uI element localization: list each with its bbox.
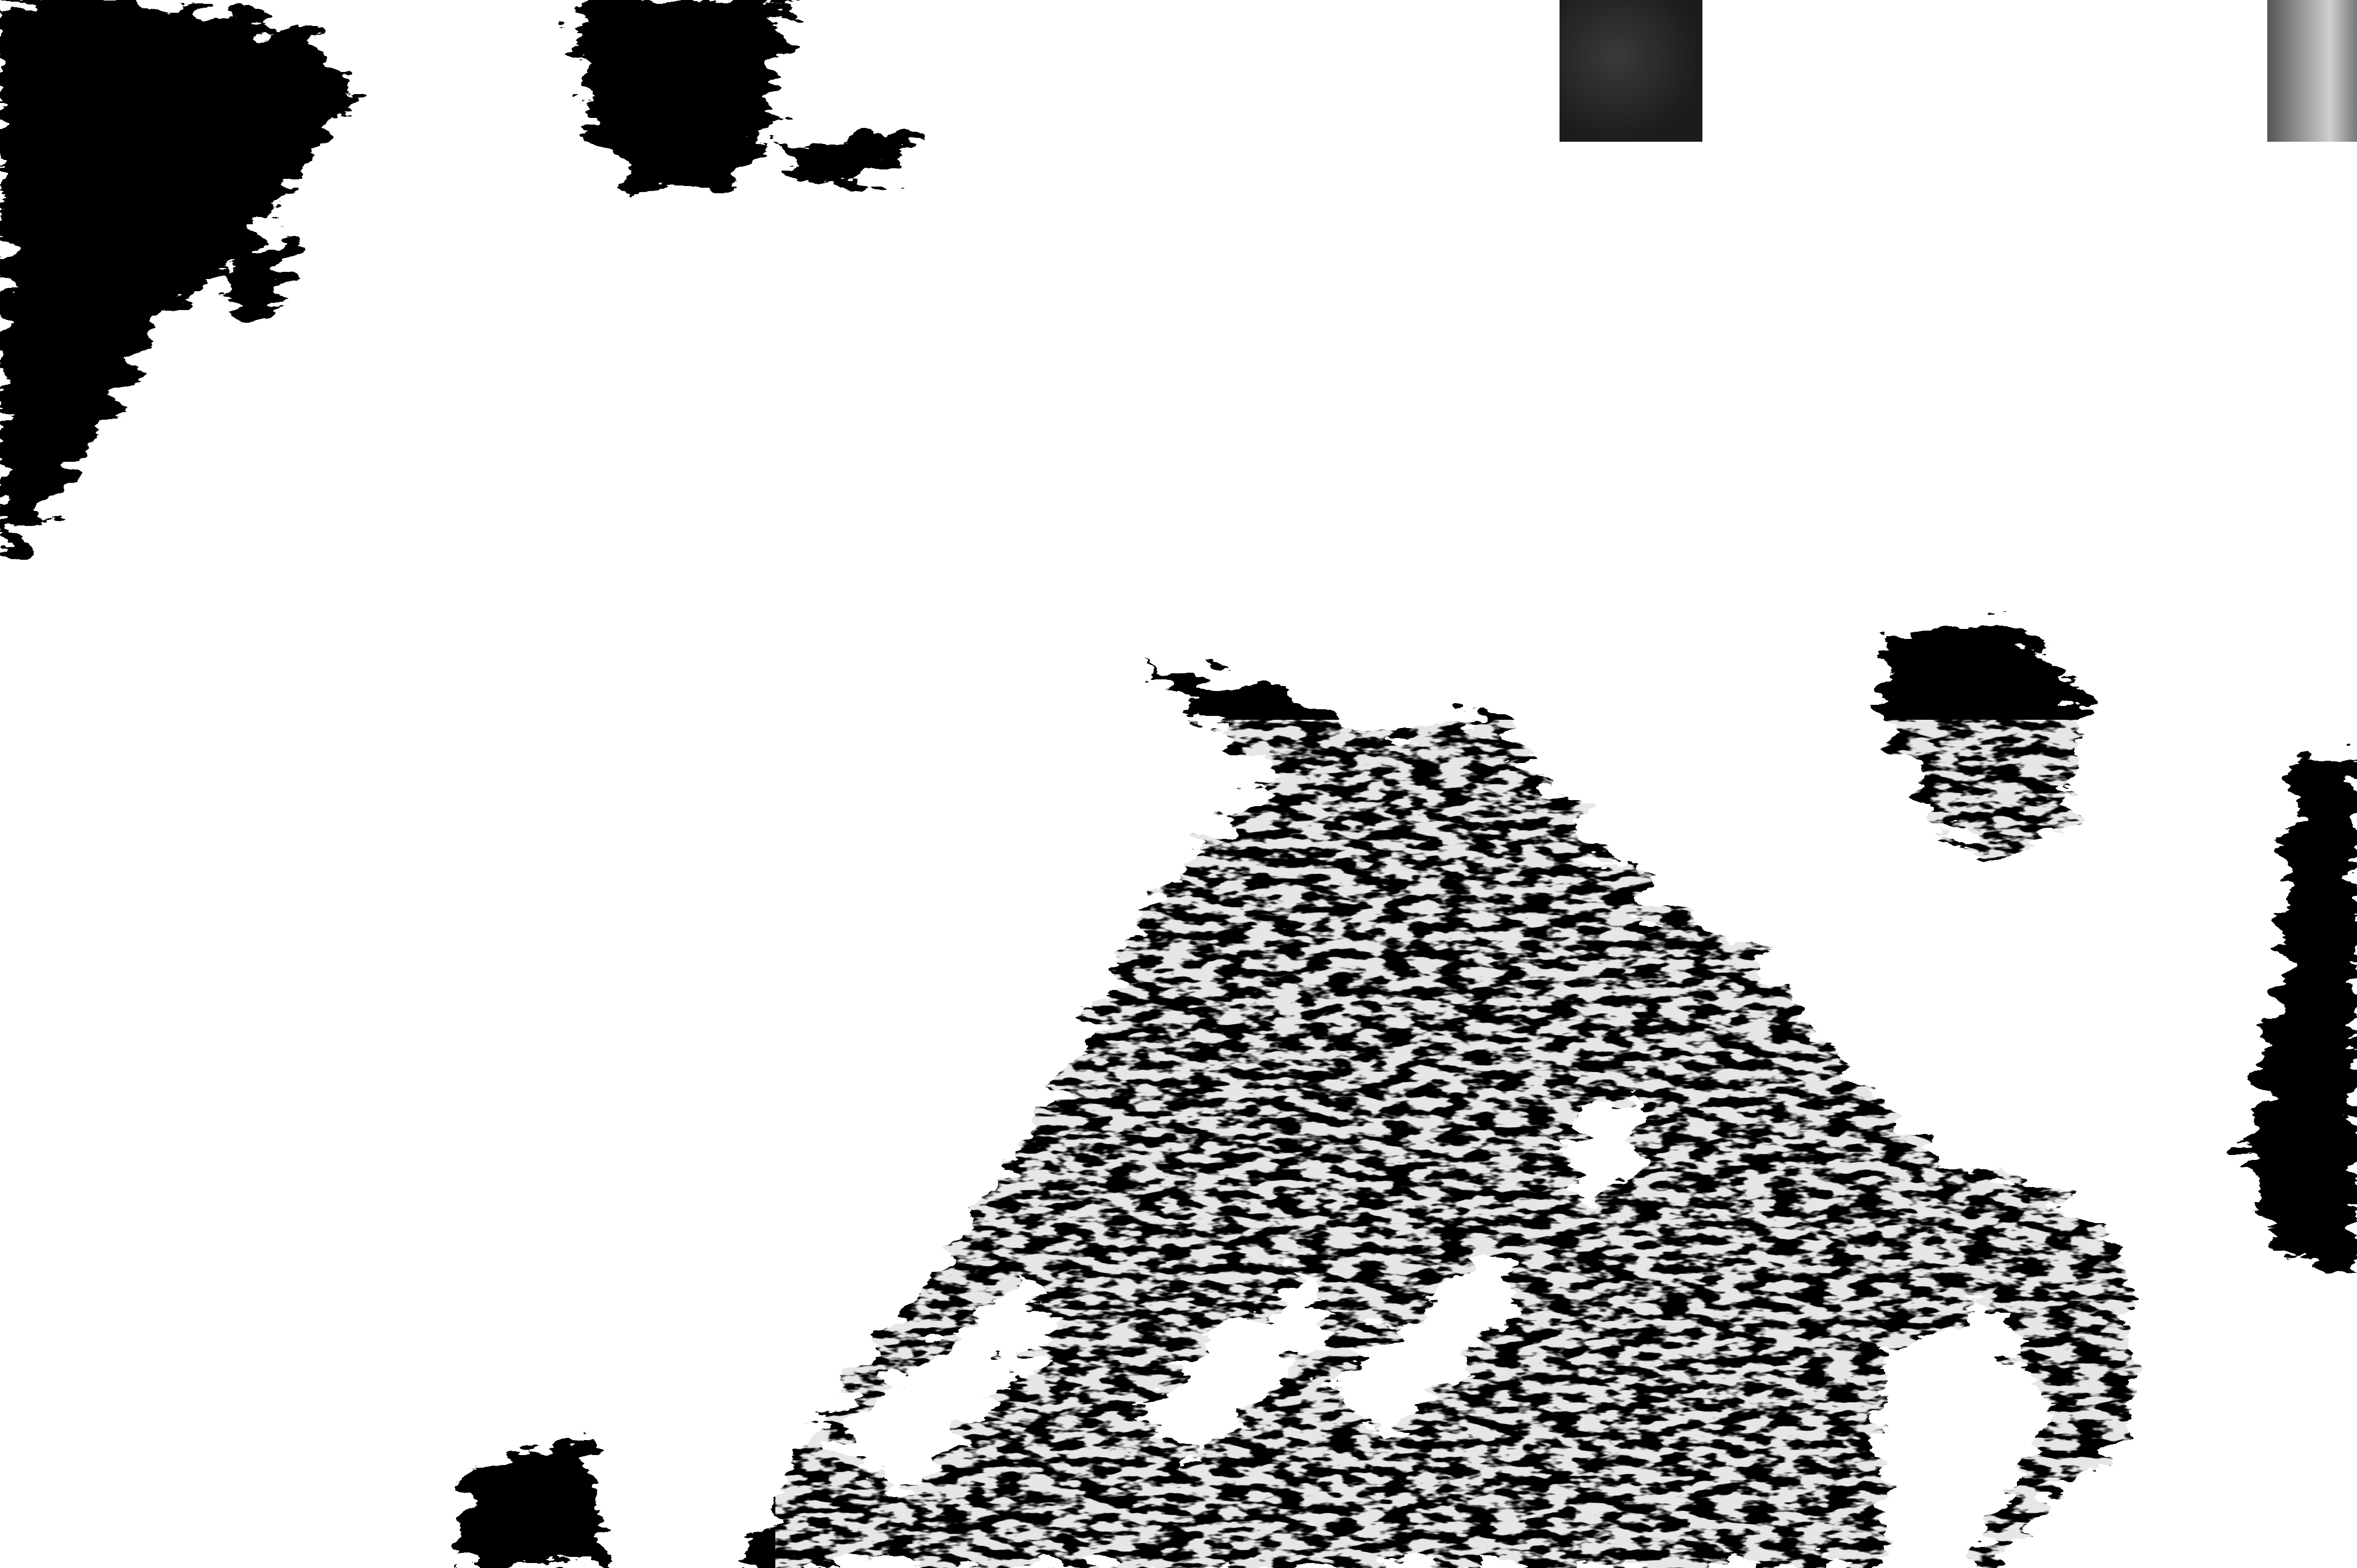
- ink-texture: [0, 0, 2357, 1568]
- dark-texture-tile: [1560, 0, 1702, 142]
- gray-texture-tile: [2267, 0, 2357, 142]
- grunge-texture-image: [0, 0, 2357, 1568]
